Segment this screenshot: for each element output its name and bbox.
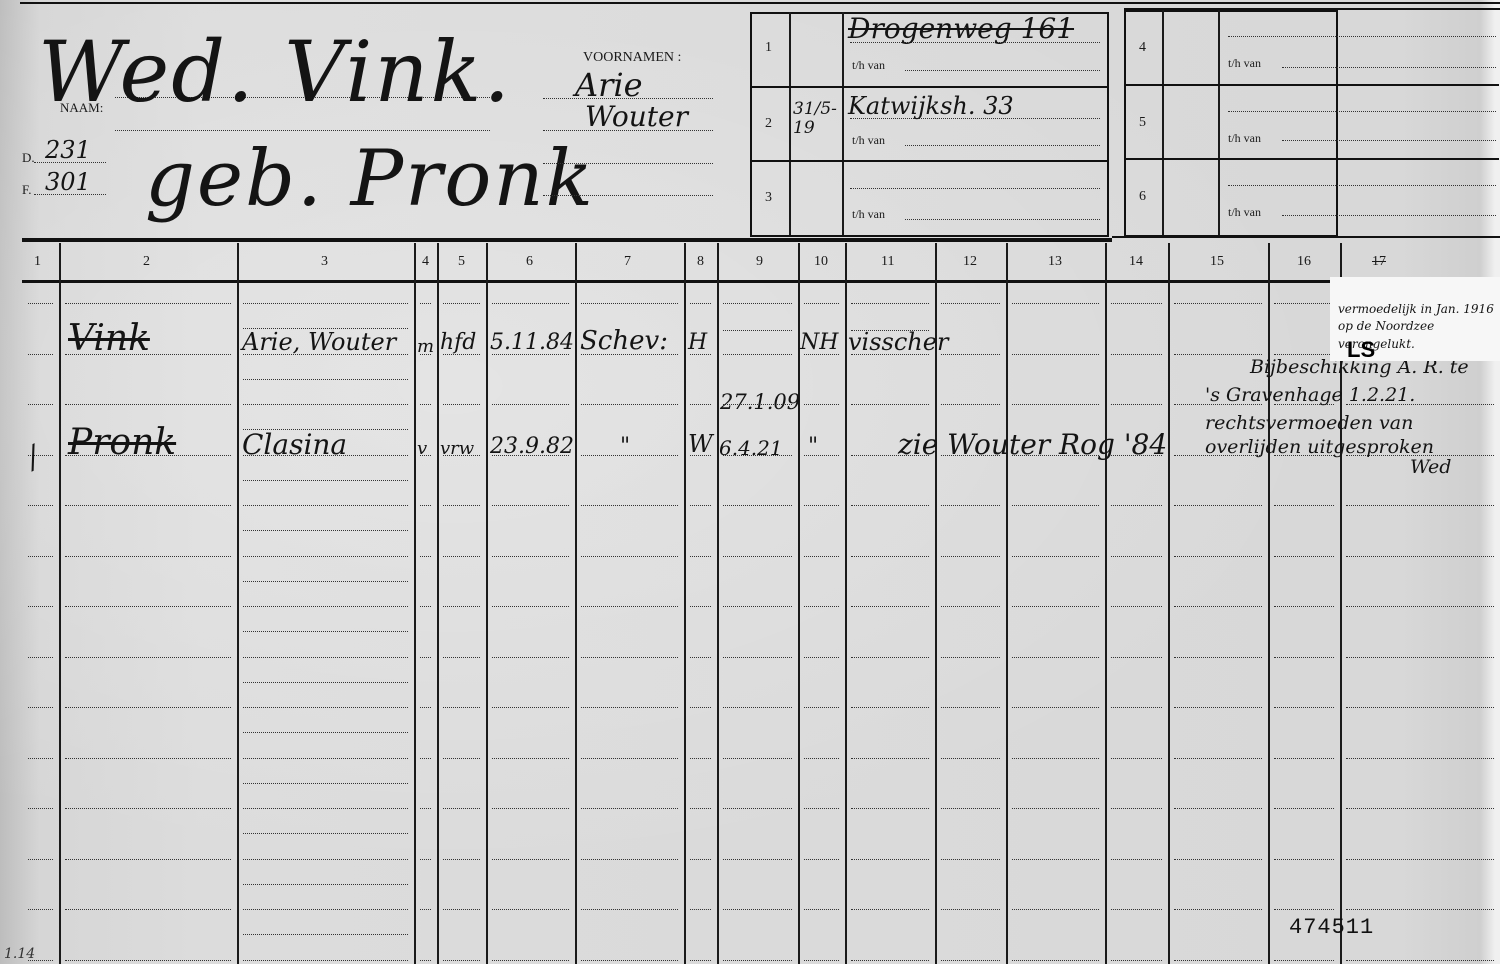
ruled-dotted-line — [581, 909, 678, 910]
ruled-dotted-line — [28, 657, 53, 658]
ruled-dotted-line — [420, 505, 431, 506]
address-street-1: Drogenweg 161 — [848, 12, 1074, 45]
address-row-divider-1 — [750, 86, 1107, 88]
ruled-dotted-line — [1274, 505, 1334, 506]
address-box-right — [1124, 10, 1338, 237]
address-street-line-3 — [850, 188, 1100, 189]
ruled-dotted-line — [851, 505, 929, 506]
ruled-dotted-line — [420, 808, 431, 809]
ruled-dotted-line — [941, 556, 1000, 557]
ruled-dotted-line — [420, 657, 431, 658]
ruled-dotted-line — [1174, 808, 1262, 809]
ruled-dotted-line — [581, 657, 678, 658]
row1-relation: hfd — [440, 330, 476, 355]
col-header-14: 14 — [1129, 254, 1143, 270]
address-th-line-4 — [1282, 67, 1496, 68]
ruled-dotted-line — [65, 808, 231, 809]
ruled-dotted-line — [492, 909, 569, 910]
ruled-dotted-line — [420, 606, 431, 607]
ruled-dotted-line — [492, 303, 569, 304]
address-th-label-5: t/h van — [1228, 131, 1261, 146]
address-num-2: 2 — [765, 116, 772, 132]
ruled-dotted-line — [581, 859, 678, 860]
ruled-dotted-line — [1012, 808, 1099, 809]
ruled-dotted-line — [492, 960, 569, 961]
remark-line-5: Wed — [1410, 456, 1451, 478]
row1-surname: Vink — [68, 318, 150, 359]
ruled-dotted-line — [1012, 303, 1099, 304]
ruled-dotted-line — [28, 505, 53, 506]
ruled-dotted-line — [941, 657, 1000, 658]
col-header-13: 13 — [1048, 254, 1062, 270]
ruled-dotted-line — [1274, 303, 1334, 304]
ruled-dotted-line — [65, 758, 231, 759]
ruled-dotted-line — [243, 556, 408, 557]
ruled-dotted-line — [1274, 960, 1334, 961]
ruled-dotted-line — [1346, 606, 1494, 607]
col-divider — [1105, 243, 1107, 964]
address-th-line-1 — [905, 70, 1100, 71]
ruled-dotted-line — [690, 505, 711, 506]
ruled-dotted-line — [581, 556, 678, 557]
ruled-dotted-line — [851, 960, 929, 961]
ruled-dotted-line — [690, 606, 711, 607]
col-header-8: 8 — [697, 254, 704, 270]
ruled-dotted-line — [65, 404, 231, 405]
col-header-10: 10 — [814, 254, 828, 270]
ruled-dotted-line — [1174, 758, 1262, 759]
ruled-dotted-line — [443, 909, 480, 910]
ruled-dotted-line — [243, 480, 408, 481]
ruled-dotted-line — [1111, 909, 1162, 910]
ruled-dotted-line — [1111, 505, 1162, 506]
ruled-dotted-line — [492, 606, 569, 607]
ruled-dotted-line — [443, 505, 480, 506]
ruled-dotted-line — [65, 707, 231, 708]
ruled-dotted-line — [851, 859, 929, 860]
ruled-dotted-line — [420, 556, 431, 557]
ruled-dotted-line — [723, 758, 792, 759]
ruled-dotted-line — [723, 808, 792, 809]
ruled-dotted-line — [941, 758, 1000, 759]
ruled-dotted-line — [1012, 960, 1099, 961]
ruled-dotted-line — [1346, 859, 1494, 860]
address-th-label-2: t/h van — [852, 133, 885, 148]
address-box-left-divider-1 — [789, 12, 791, 235]
row2-date: 6.4.21 — [719, 436, 783, 460]
address-box-right-divider-2 — [1218, 10, 1220, 235]
ruled-dotted-line — [581, 707, 678, 708]
row2-birthplace: " — [620, 434, 630, 459]
ruled-dotted-line — [1174, 556, 1262, 557]
ruled-dotted-line — [28, 354, 53, 355]
ruled-dotted-line — [243, 682, 408, 683]
ruled-dotted-line — [492, 556, 569, 557]
address-num-6: 6 — [1139, 189, 1146, 205]
address-box-right-divider-1 — [1162, 10, 1164, 235]
address-street-line-6 — [1228, 185, 1496, 186]
ruled-dotted-line — [851, 808, 929, 809]
ruled-dotted-line — [690, 404, 711, 405]
address-street-line-4 — [1228, 36, 1496, 37]
col-divider — [845, 243, 847, 964]
ruled-dotted-line — [1174, 909, 1262, 910]
ruled-dotted-line — [723, 556, 792, 557]
ruled-dotted-line — [243, 707, 408, 708]
ruled-dotted-line — [243, 960, 408, 961]
ruled-dotted-line — [690, 707, 711, 708]
ruled-dotted-line — [243, 505, 408, 506]
ruled-dotted-line — [65, 303, 231, 304]
top-border — [20, 2, 1500, 4]
col-header-11: 11 — [881, 254, 894, 270]
ruled-dotted-line — [804, 404, 839, 405]
ruled-dotted-line — [1012, 354, 1099, 355]
address-row-divider-3 — [1124, 84, 1499, 86]
ruled-dotted-line — [804, 505, 839, 506]
ruled-dotted-line — [690, 859, 711, 860]
ruled-dotted-line — [492, 808, 569, 809]
col-header-16: 16 — [1297, 254, 1311, 270]
ruled-dotted-line — [1111, 960, 1162, 961]
ruled-dotted-line — [492, 657, 569, 658]
ruled-dotted-line — [1111, 556, 1162, 557]
ruled-dotted-line — [1346, 808, 1494, 809]
ruled-dotted-line — [65, 606, 231, 607]
col-header-7: 7 — [624, 254, 631, 270]
voornaam-1: Arie — [575, 66, 643, 104]
ruled-dotted-line — [1012, 657, 1099, 658]
table-header-rule — [22, 280, 1500, 283]
ruled-dotted-line — [804, 657, 839, 658]
row1-birthdate: 5.11.84 — [490, 330, 574, 355]
ruled-dotted-line — [804, 808, 839, 809]
ruled-dotted-line — [243, 909, 408, 910]
ruled-dotted-line — [1012, 909, 1099, 910]
col-divider — [59, 243, 61, 964]
ruled-dotted-line — [492, 707, 569, 708]
address-street-2: Katwijksh. 33 — [848, 92, 1014, 120]
ruled-dotted-line — [243, 606, 408, 607]
ruled-dotted-line — [941, 505, 1000, 506]
ruled-dotted-line — [723, 606, 792, 607]
ruled-dotted-line — [581, 303, 678, 304]
ruled-dotted-line — [804, 556, 839, 557]
f-label: F. — [22, 182, 31, 198]
ruled-dotted-line — [941, 707, 1000, 708]
ruled-dotted-line — [1174, 606, 1262, 607]
ruled-dotted-line — [1274, 758, 1334, 759]
ruled-dotted-line — [941, 303, 1000, 304]
ruled-dotted-line — [28, 404, 53, 405]
ruled-dotted-line — [492, 404, 569, 405]
col-divider — [684, 243, 686, 964]
col-divider — [1168, 243, 1170, 964]
col-divider — [414, 243, 416, 964]
ruled-dotted-line — [28, 859, 53, 860]
ruled-dotted-line — [723, 303, 792, 304]
ruled-dotted-line — [1111, 758, 1162, 759]
ruled-dotted-line — [1012, 404, 1099, 405]
ruled-dotted-line — [723, 960, 792, 961]
ruled-dotted-line — [723, 859, 792, 860]
ruled-dotted-line — [1111, 404, 1162, 405]
ruled-dotted-line — [243, 379, 408, 380]
ruled-dotted-line — [804, 303, 839, 304]
ruled-dotted-line — [851, 606, 929, 607]
ruled-dotted-line — [420, 303, 431, 304]
ruled-dotted-line — [443, 404, 480, 405]
ruled-dotted-line — [1346, 960, 1494, 961]
address-num-3: 3 — [765, 190, 772, 206]
ruled-dotted-line — [28, 758, 53, 759]
ruled-dotted-line — [420, 859, 431, 860]
ruled-dotted-line — [443, 960, 480, 961]
col-header-1: 1 — [34, 254, 41, 270]
address-th-line-3 — [905, 219, 1100, 220]
row2-birthdate: 23.9.82 — [490, 434, 574, 459]
row1-birthplace: Schev: — [580, 326, 668, 356]
ruled-dotted-line — [243, 631, 408, 632]
ruled-dotted-line — [243, 884, 408, 885]
ruled-dotted-line — [420, 404, 431, 405]
col-divider — [717, 243, 719, 964]
address-row-divider-4 — [1124, 158, 1499, 160]
row2-marriage-date: 27.1.09 — [720, 390, 800, 414]
address-box-right-top — [1124, 8, 1500, 10]
ruled-dotted-line — [851, 909, 929, 910]
row2-reference: zie Wouter Rog '84 — [898, 428, 1167, 461]
ruled-dotted-line — [28, 303, 53, 304]
ruled-dotted-line — [1274, 657, 1334, 658]
col-divider — [575, 243, 577, 964]
address-th-label-6: t/h van — [1228, 205, 1261, 220]
ruled-dotted-line — [690, 657, 711, 658]
register-card: NAAM: Wed. Vink. geb. Pronk D. 231 F. 30… — [0, 0, 1500, 964]
col-header-5: 5 — [458, 254, 465, 270]
ruled-dotted-line — [581, 758, 678, 759]
ruled-dotted-line — [1346, 707, 1494, 708]
ruled-dotted-line — [492, 758, 569, 759]
ruled-dotted-line — [581, 960, 678, 961]
ruled-dotted-line — [243, 732, 408, 733]
ruled-dotted-line — [581, 505, 678, 506]
ruled-dotted-line — [443, 808, 480, 809]
row2-surname: Pronk — [68, 422, 176, 463]
ruled-dotted-line — [941, 808, 1000, 809]
address-th-label-4: t/h van — [1228, 56, 1261, 71]
remark-line-2: 's Gravenhage 1.2.21. — [1205, 384, 1415, 406]
ruled-dotted-line — [804, 859, 839, 860]
ruled-dotted-line — [420, 758, 431, 759]
ruled-dotted-line — [1274, 859, 1334, 860]
ruled-dotted-line — [804, 960, 839, 961]
ruled-dotted-line — [65, 505, 231, 506]
ruled-dotted-line — [243, 530, 408, 531]
row2-relation: vrw — [440, 438, 474, 459]
ruled-dotted-line — [243, 833, 408, 834]
ruled-dotted-line — [581, 606, 678, 607]
ruled-dotted-line — [243, 808, 408, 809]
ruled-dotted-line — [690, 556, 711, 557]
corner-note: 1.14 — [4, 946, 35, 962]
ruled-dotted-line — [243, 404, 408, 405]
row1-civil-status: H — [688, 330, 707, 355]
ruled-dotted-line — [443, 556, 480, 557]
naam-dotted-line-2 — [115, 130, 490, 131]
address-street-line-5 — [1228, 111, 1496, 112]
ruled-dotted-line — [1111, 606, 1162, 607]
address-num-5: 5 — [1139, 115, 1146, 131]
ruled-dotted-line — [65, 657, 231, 658]
col-header-3: 3 — [321, 254, 328, 270]
ruled-dotted-line — [443, 758, 480, 759]
d-label: D. — [22, 150, 35, 166]
ruled-dotted-line — [723, 505, 792, 506]
ruled-dotted-line — [28, 909, 53, 910]
ruled-dotted-line — [1174, 657, 1262, 658]
ruled-dotted-line — [1111, 859, 1162, 860]
ruled-dotted-line — [243, 581, 408, 582]
naam-value-line2: geb. Pronk — [145, 140, 595, 218]
col-header-6: 6 — [526, 254, 533, 270]
ruled-dotted-line — [243, 934, 408, 935]
address-th-line-6 — [1282, 215, 1496, 216]
ruled-dotted-line — [1111, 657, 1162, 658]
ruled-dotted-line — [1111, 808, 1162, 809]
f-value: 301 — [45, 168, 91, 196]
address-date-2: 31/5-19 — [793, 100, 838, 137]
ruled-dotted-line — [851, 404, 929, 405]
col-header-4: 4 — [422, 254, 429, 270]
ruled-dotted-line — [804, 606, 839, 607]
address-row-divider-2 — [750, 160, 1107, 162]
row1-firstnames: Arie, Wouter — [242, 328, 396, 356]
voornaam-2: Wouter — [585, 100, 688, 133]
ruled-dotted-line — [1274, 808, 1334, 809]
ruled-dotted-line — [420, 960, 431, 961]
voornamen-label: VOORNAMEN : — [583, 50, 681, 66]
col-header-12: 12 — [963, 254, 977, 270]
ruled-dotted-line — [690, 909, 711, 910]
voornamen-dotted-line-4 — [543, 195, 713, 196]
address-th-label-3: t/h van — [852, 207, 885, 222]
col-divider — [1268, 243, 1270, 964]
ruled-dotted-line — [243, 783, 408, 784]
ruled-dotted-line — [1012, 556, 1099, 557]
ruled-dotted-line — [851, 707, 929, 708]
ruled-dotted-line — [581, 808, 678, 809]
ruled-dotted-line — [804, 909, 839, 910]
address-box-left-divider-2 — [842, 12, 844, 235]
ruled-dotted-line — [243, 657, 408, 658]
naam-value-line1: Wed. Vink. — [38, 30, 512, 114]
ruled-dotted-line — [941, 354, 1000, 355]
ruled-dotted-line — [690, 808, 711, 809]
col-divider — [1006, 243, 1008, 964]
ruled-dotted-line — [804, 707, 839, 708]
ruled-dotted-line — [723, 354, 792, 355]
archive-stamp-number: 474511 — [1289, 915, 1374, 940]
ruled-dotted-line — [851, 303, 929, 304]
ruled-dotted-line — [243, 303, 408, 304]
ruled-dotted-line — [443, 657, 480, 658]
ruled-dotted-line — [1111, 354, 1162, 355]
table-top-rule — [22, 238, 1112, 242]
ruled-dotted-line — [723, 330, 792, 331]
d-value: 231 — [45, 136, 91, 164]
ruled-dotted-line — [65, 859, 231, 860]
ruled-dotted-line — [804, 758, 839, 759]
ruled-dotted-line — [28, 606, 53, 607]
ruled-dotted-line — [1274, 909, 1334, 910]
ruled-dotted-line — [28, 556, 53, 557]
ruled-dotted-line — [1012, 606, 1099, 607]
ruled-dotted-line — [1012, 859, 1099, 860]
ruled-dotted-line — [1346, 556, 1494, 557]
ruled-dotted-line — [941, 404, 1000, 405]
ruled-dotted-line — [941, 909, 1000, 910]
ruled-dotted-line — [1346, 758, 1494, 759]
row2-sex: v — [417, 438, 427, 459]
row1-sex: m — [417, 336, 434, 357]
ruled-dotted-line — [941, 606, 1000, 607]
ruled-dotted-line — [1012, 505, 1099, 506]
address-num-4: 4 — [1139, 40, 1146, 56]
ruled-dotted-line — [941, 859, 1000, 860]
ruled-dotted-line — [28, 707, 53, 708]
ruled-dotted-line — [1174, 960, 1262, 961]
ruled-dotted-line — [851, 758, 929, 759]
ruled-dotted-line — [1274, 354, 1334, 355]
ruled-dotted-line — [851, 556, 929, 557]
row2-civil-status: W — [688, 430, 713, 458]
row2-religion: " — [808, 434, 818, 459]
ruled-dotted-line — [443, 303, 480, 304]
ruled-dotted-line — [1174, 303, 1262, 304]
col-divider — [486, 243, 488, 964]
ruled-dotted-line — [851, 657, 929, 658]
ruled-dotted-line — [1012, 758, 1099, 759]
col-header-17: 17 — [1372, 254, 1386, 270]
ruled-dotted-line — [420, 909, 431, 910]
row1-occupation: visscher — [848, 328, 948, 356]
ruled-dotted-line — [1274, 707, 1334, 708]
ruled-dotted-line — [65, 960, 231, 961]
ruled-dotted-line — [443, 859, 480, 860]
ruled-dotted-line — [690, 758, 711, 759]
col-header-15: 15 — [1210, 254, 1224, 270]
address-th-line-5 — [1282, 140, 1496, 141]
ruled-dotted-line — [28, 808, 53, 809]
row2-firstnames: Clasina — [242, 428, 347, 461]
remark-line-3: rechtsvermoeden van — [1205, 412, 1413, 434]
ruled-dotted-line — [443, 707, 480, 708]
ruled-dotted-line — [690, 960, 711, 961]
address-th-label-1: t/h van — [852, 58, 885, 73]
ruled-dotted-line — [723, 909, 792, 910]
ruled-dotted-line — [1174, 859, 1262, 860]
ruled-dotted-line — [443, 606, 480, 607]
col-header-9: 9 — [756, 254, 763, 270]
ruled-dotted-line — [941, 960, 1000, 961]
ruled-dotted-line — [65, 909, 231, 910]
voornamen-dotted-line-3 — [543, 163, 713, 164]
address-num-1: 1 — [765, 40, 772, 56]
ruled-dotted-line — [581, 404, 678, 405]
table-top-rule-right — [1112, 236, 1500, 238]
address-th-line-2 — [905, 145, 1100, 146]
